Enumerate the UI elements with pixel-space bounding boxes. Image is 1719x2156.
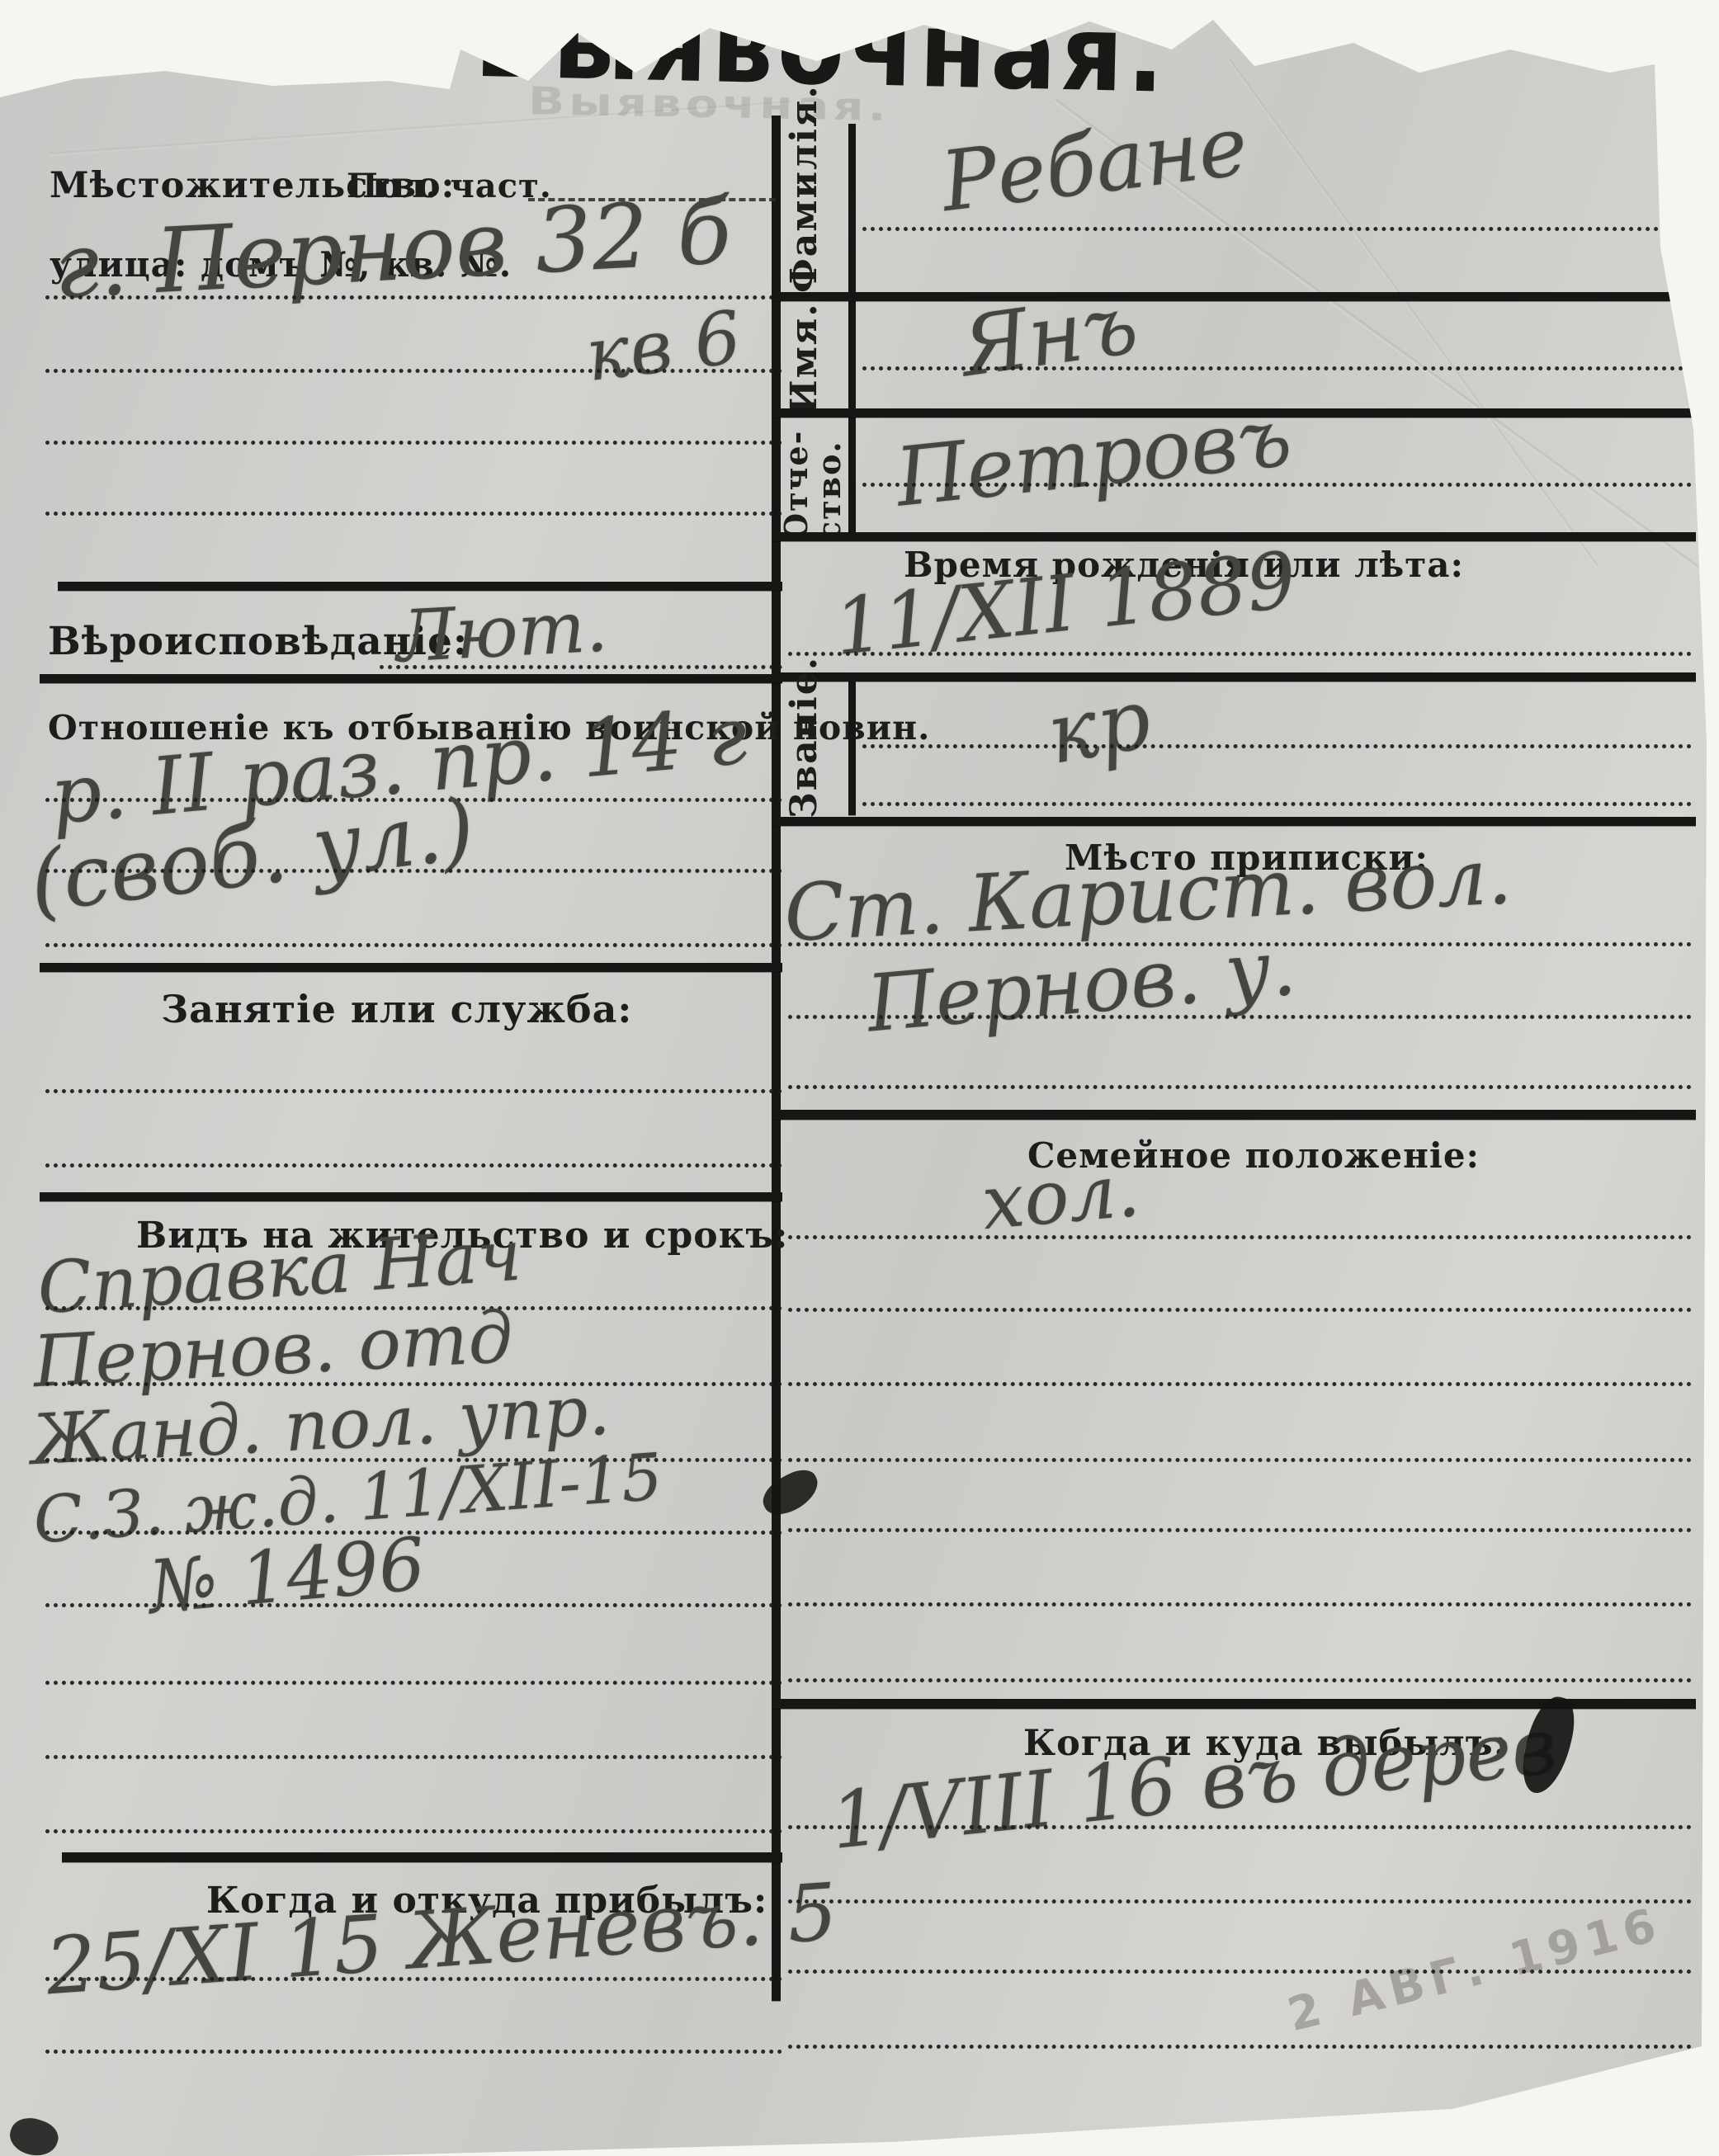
section-rule	[40, 674, 782, 683]
name-label: Имя.	[786, 307, 824, 414]
dotted-line	[788, 1015, 1692, 1019]
dotted-line	[45, 441, 782, 445]
dotted-line	[45, 1829, 782, 1833]
dotted-line	[788, 1678, 1692, 1682]
dotted-line	[788, 1899, 1692, 1904]
dotted-line	[380, 665, 782, 669]
dotted-line	[862, 802, 1692, 806]
surname-label: Фамилія.	[786, 128, 824, 293]
dotted-line	[788, 652, 1692, 656]
dotted-line	[862, 744, 1692, 748]
paper-crease	[1227, 58, 1599, 567]
paper-sheet: Выявочная. Выявочная. Мѣстожительство: П…	[0, 0, 1719, 2156]
dotted-line	[45, 295, 782, 300]
dotted-line	[45, 369, 782, 373]
apartment-value-handwriting: кв 6	[581, 295, 745, 398]
dotted-line	[45, 869, 782, 873]
dotted-line	[45, 1089, 782, 1093]
dotted-line	[788, 2045, 1692, 2049]
dotted-line	[788, 1602, 1692, 1606]
ink-blot	[5, 2111, 63, 2156]
section-rule	[58, 582, 782, 591]
dotted-line	[862, 483, 1692, 487]
dotted-line	[45, 512, 782, 516]
section-rule	[772, 1110, 1696, 1120]
occupation-label: Занятіе или служба:	[161, 987, 632, 1031]
section-rule	[772, 672, 1696, 682]
dotted-line	[862, 227, 1692, 231]
dotted-line	[45, 1755, 782, 1759]
dotted-line	[788, 1235, 1692, 1239]
section-rule	[772, 817, 1696, 826]
ink-blot	[756, 1464, 824, 1522]
section-rule	[772, 292, 1696, 301]
dotted-line	[45, 1681, 782, 1685]
scanned-registration-card: Выявочная. Выявочная. Мѣстожительство: П…	[0, 0, 1719, 2156]
dotted-line	[788, 1085, 1692, 1089]
label-column-divider	[848, 682, 856, 815]
section-rule	[40, 963, 782, 972]
dotted-line	[862, 366, 1692, 370]
section-rule	[62, 1852, 782, 1862]
dotted-line	[45, 1603, 782, 1607]
dotted-line	[788, 1528, 1692, 1532]
dotted-line	[788, 1308, 1692, 1312]
form-title-ghost: Выявочная.	[528, 78, 891, 130]
dotted-line	[788, 1970, 1692, 1974]
patronymic-label: Отче-ство.	[780, 417, 854, 540]
rank-label: Званіе.	[786, 686, 824, 819]
dotted-line	[45, 943, 782, 947]
section-rule	[772, 532, 1696, 541]
family-status-value-handwriting: хол.	[979, 1147, 1143, 1247]
dotted-line	[788, 1382, 1692, 1386]
section-rule	[40, 1192, 782, 1201]
center-divider-line	[772, 116, 781, 2001]
dotted-line	[788, 1825, 1692, 1829]
dotted-line	[45, 1163, 782, 1168]
dotted-line	[788, 1458, 1692, 1462]
dotted-line	[45, 2050, 782, 2054]
rank-value-handwriting: кр	[1041, 670, 1158, 783]
dotted-line	[45, 1977, 782, 1981]
